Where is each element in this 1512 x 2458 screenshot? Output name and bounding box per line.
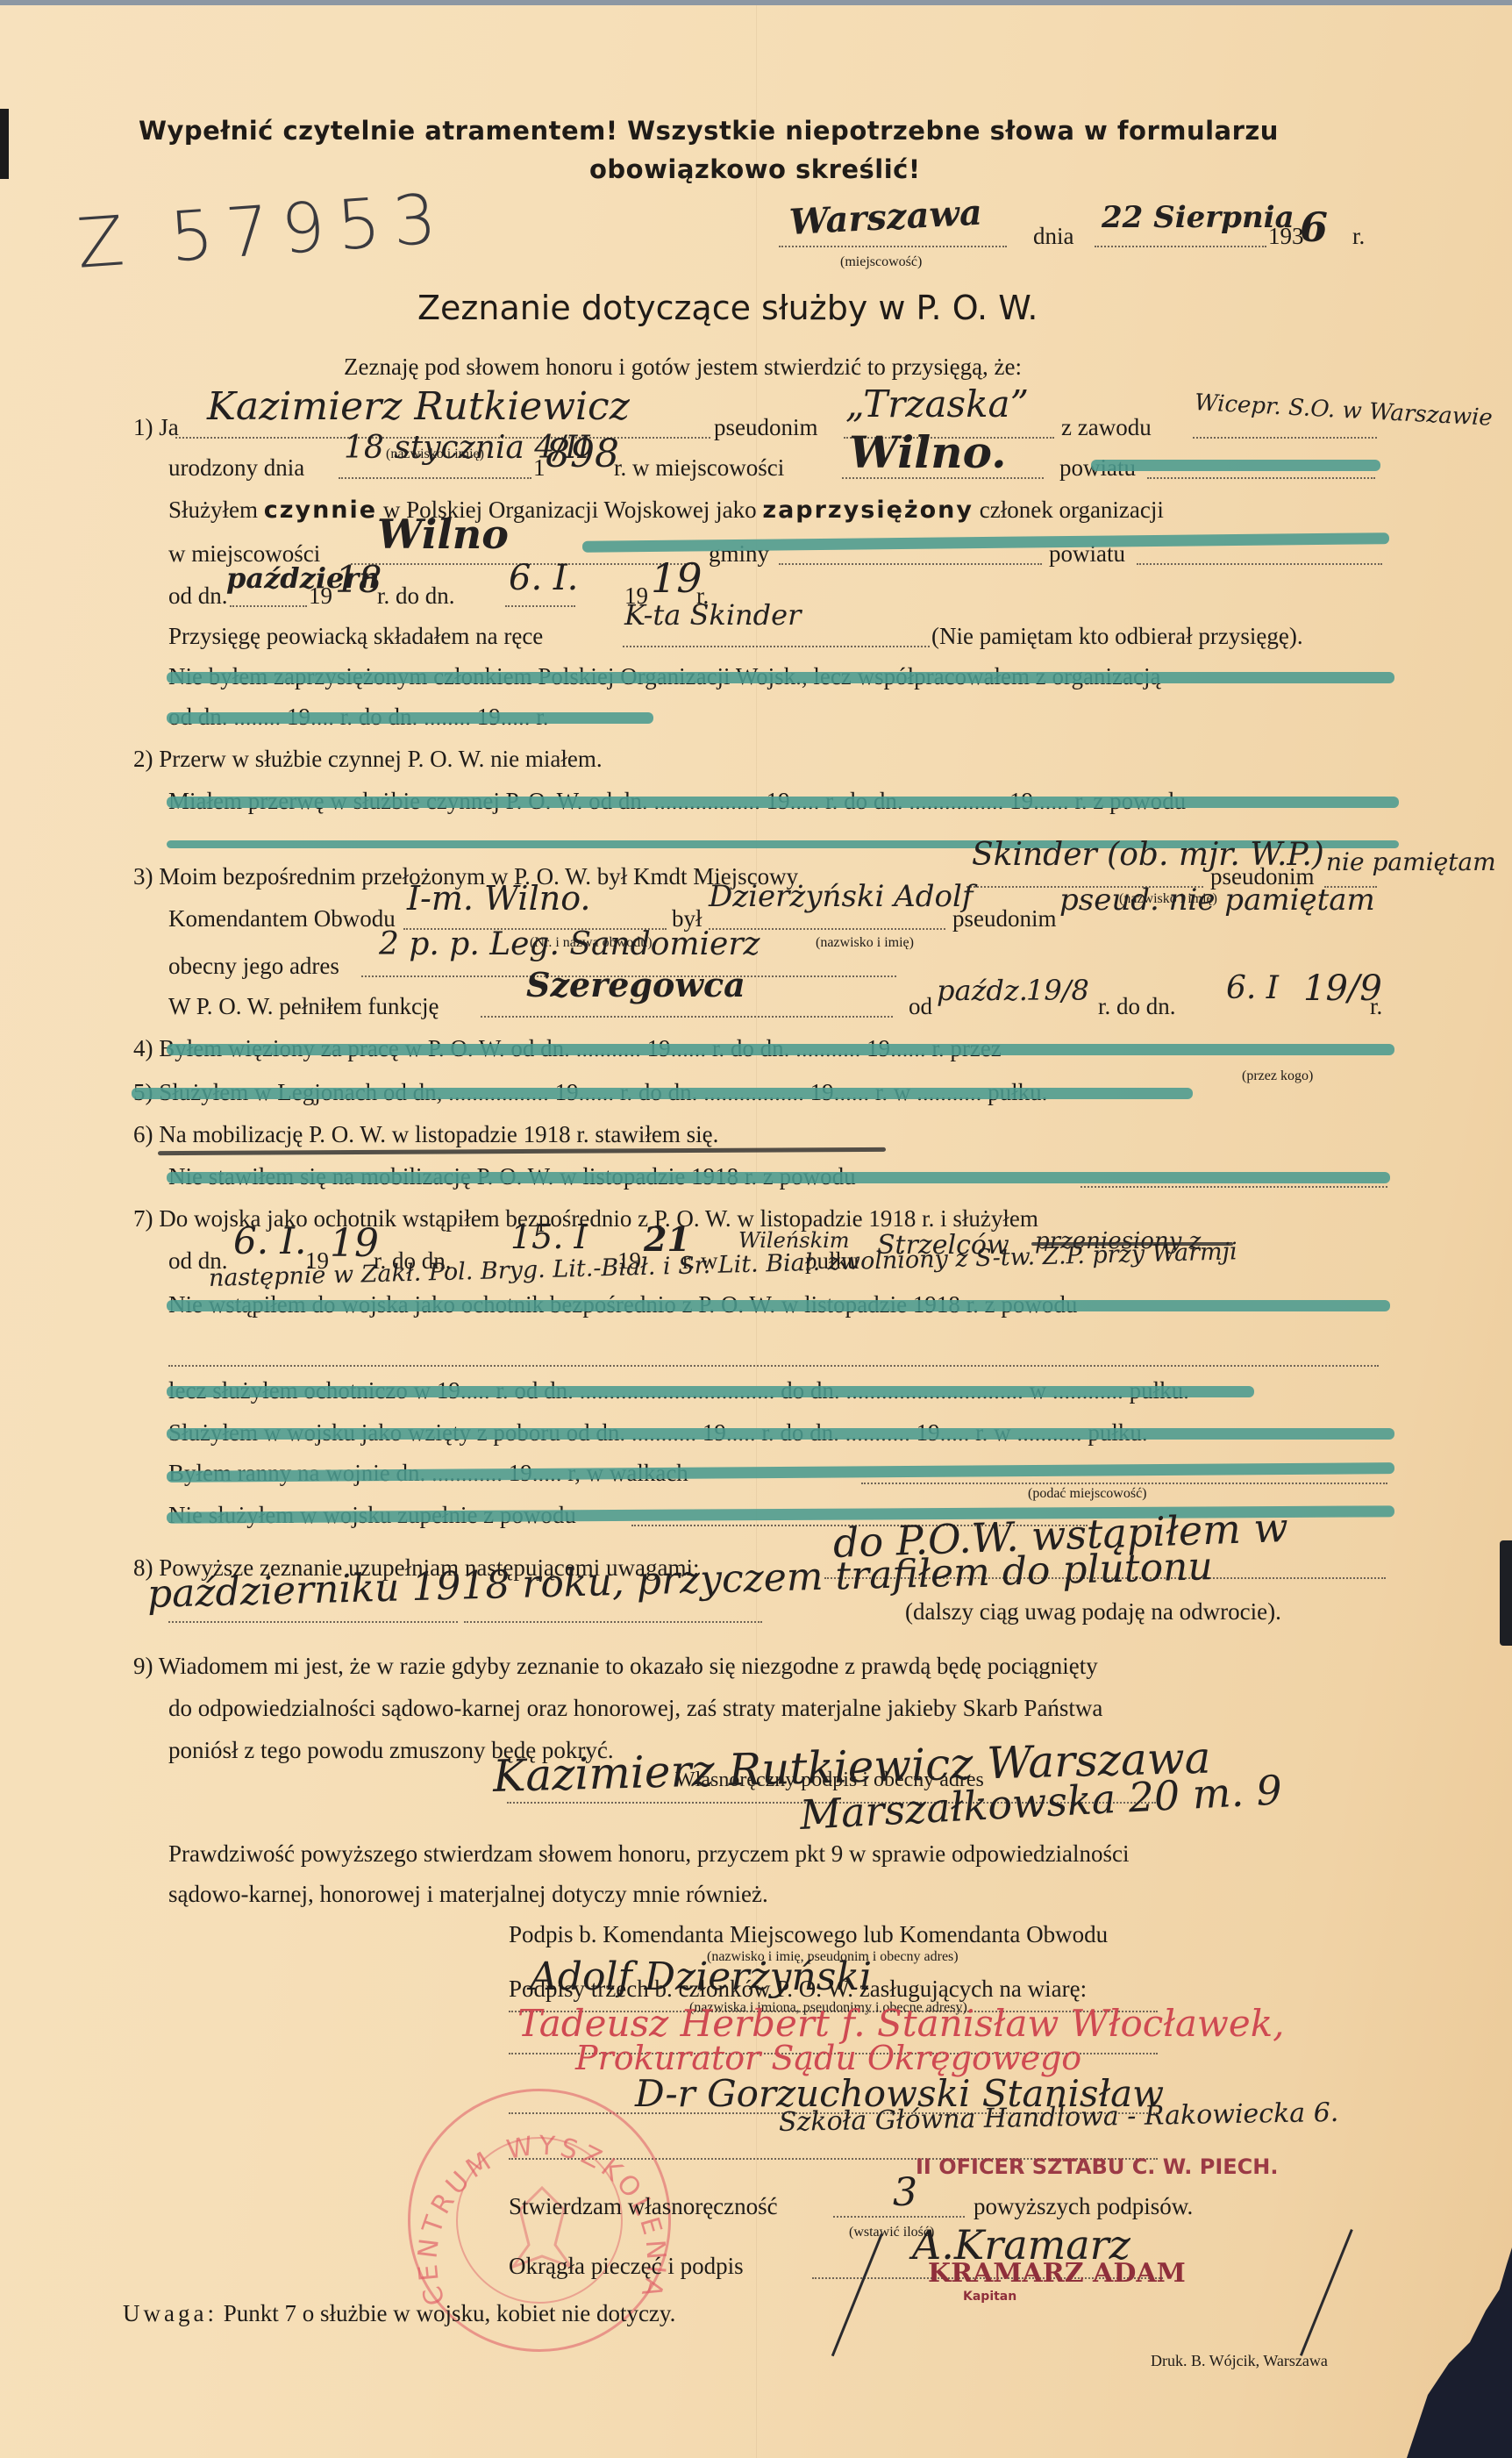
func-from-year: 19/8 (1026, 974, 1089, 1007)
oath-intro: Zeznaję pod słowem honoru i gotów jestem… (344, 352, 1022, 382)
strikethrough (167, 1386, 1254, 1397)
pow-to-year: 19 (651, 554, 703, 602)
signature-count: 3 (893, 2170, 917, 2215)
strikethrough (167, 1300, 1390, 1311)
item9-line1: 9) Wiadomem mi jest, że w razie gdyby ze… (133, 1651, 1098, 1681)
torn-corner (1407, 2247, 1512, 2458)
strikethrough (167, 672, 1394, 683)
func-from-date: paźdz. (937, 974, 1028, 1007)
item4-caption: (przez kogo) (1242, 1068, 1313, 1084)
function-label: W P. O. W. pełniłem funkcję (168, 991, 439, 1021)
ja-label: 1) Ja (133, 412, 179, 442)
oath-label: Przysięgę peowiacką składałem na ręce (168, 621, 543, 651)
signature-stroke (1300, 2229, 1353, 2356)
strikethrough (167, 1428, 1394, 1440)
func-r: r. (1370, 991, 1382, 1021)
birth-place: Wilno. (849, 426, 1007, 478)
caption-name-2: (nazwisko i imię) (816, 935, 914, 951)
pseudonim-label: pseudonim (714, 412, 818, 442)
r-label: r. (1352, 221, 1365, 251)
item9-line2: do odpowiedzialności sądowo-karnej oraz … (168, 1693, 1102, 1723)
pseudonim2-label: pseudonim (952, 904, 1057, 933)
birth-year-prefix: 1 (533, 453, 546, 482)
birth-place-label: r. w miejscowości (614, 453, 784, 482)
district-commander: Dzierżyński Adolf (709, 879, 973, 914)
year-value: 6 (1300, 204, 1328, 251)
binding-mark (0, 109, 9, 179)
zawod-label: z zawodu (1061, 412, 1152, 442)
file-number: Z 57953 (75, 180, 452, 284)
item6-line1: 6) Na mobilizację P. O. W. w listopadzie… (133, 1119, 718, 1149)
officer-name-stamp: KRAMARZ ADAM (928, 2258, 1186, 2289)
do-dn-label: r. do dn. (377, 581, 455, 611)
address-value: 2 p. p. Leg. Sandomierz (379, 926, 760, 962)
district-value: I-m. Wilno. (407, 879, 591, 918)
strikethrough (132, 1088, 1193, 1099)
affirmation-line2: sądowo-karnej, honorowej i materjalnej d… (168, 1879, 768, 1909)
continuation-note: (dalszy ciąg uwag podaję na odwrocie). (905, 1597, 1281, 1626)
service-from-year: 19 (330, 1221, 379, 1266)
strikethrough (167, 797, 1399, 808)
form-title: Zeznanie dotyczące służby w P. O. W. (417, 293, 1038, 323)
commander-label: Podpis b. Komendanta Miejscowego lub Kom… (509, 1919, 1108, 1949)
served-sentence: Służyłem czynnie w Polskiej Organizacji … (168, 495, 1164, 525)
function-value: Szeregowca (526, 965, 745, 1004)
place-caption: (miejscowość) (840, 254, 922, 270)
confirm-post: powyższych podpisów. (974, 2191, 1193, 2221)
pow-to-date: 6. I. (509, 558, 578, 598)
func-od-label: od (909, 991, 932, 1021)
confirm-label: Stwierdzam własnoręczność (509, 2191, 778, 2221)
strikethrough (167, 1044, 1394, 1055)
pow-from-year: 18 (335, 558, 382, 601)
oath-taker: K-ta Skinder (624, 598, 801, 632)
witnesses-label: Podpisy trzech b. członków P. O. W. zasł… (509, 1974, 1087, 2004)
applicant-name: Kazimierz Rutkiewicz (207, 384, 630, 429)
footer-note: Uwaga: Punkt 7 o służbie w wojsku, kobie… (123, 2298, 675, 2328)
officer-rank-stamp: Kapitan (963, 2290, 1016, 2304)
service-to-date: 15. I (510, 1218, 588, 1256)
seal-label: Okrągła pieczęć i podpis (509, 2251, 744, 2281)
func-do-label: r. do dn. (1098, 991, 1176, 1021)
oath-note: (Nie pamiętam kto odbierał przysięgę). (931, 621, 1303, 651)
item2-line1: 2) Przerw w służbie czynnej P. O. W. nie… (133, 744, 603, 774)
from-year-prefix: 19 (309, 581, 332, 611)
superior-pseudonim: nie pamiętam (1326, 847, 1496, 876)
printer-credit: Druk. B. Wójcik, Warszawa (1151, 2353, 1328, 2369)
wounded-caption: (podać miejscowość) (1028, 1486, 1147, 1502)
officer-stamp: II OFICER SZTABU C. W. PIECH. (916, 2154, 1279, 2179)
birth-year: 898 (546, 432, 619, 476)
date-value: 22 Sierpnia (1102, 200, 1294, 235)
signature-stroke (831, 2233, 883, 2356)
year-prefix: 193 (1268, 221, 1304, 251)
strikethrough (167, 712, 653, 724)
binding-tab (1500, 1540, 1512, 1646)
born-label: urodzony dnia (168, 453, 304, 482)
od-dn-label: od dn. (168, 581, 228, 611)
document-page: Wypełnić czytelnie atramentem! Wszystkie… (0, 5, 1512, 2458)
instruction-line-1: Wypełnić czytelnie atramentem! Wszystkie… (139, 116, 1279, 146)
address-label: obecny jego adres (168, 951, 339, 981)
district-label: Komendantem Obwodu (168, 904, 396, 933)
dnia-label: dnia (1033, 221, 1074, 251)
service-from-date: 6. I. (233, 1219, 306, 1262)
org-place: Wilno (377, 511, 509, 558)
strikethrough (167, 1172, 1390, 1183)
func-to-date: 6. I (1226, 970, 1279, 1006)
district-pseudonim: pseud. nie pamiętam (1059, 882, 1375, 918)
strikethrough (1091, 460, 1380, 471)
instruction-line-2: obowiązkowo skreślić! (589, 154, 921, 184)
affirmation-line1: Prawdziwość powyższego stwierdzam słowem… (168, 1839, 1129, 1869)
applicant-pseudonim: „Trzaska” (845, 382, 1029, 425)
